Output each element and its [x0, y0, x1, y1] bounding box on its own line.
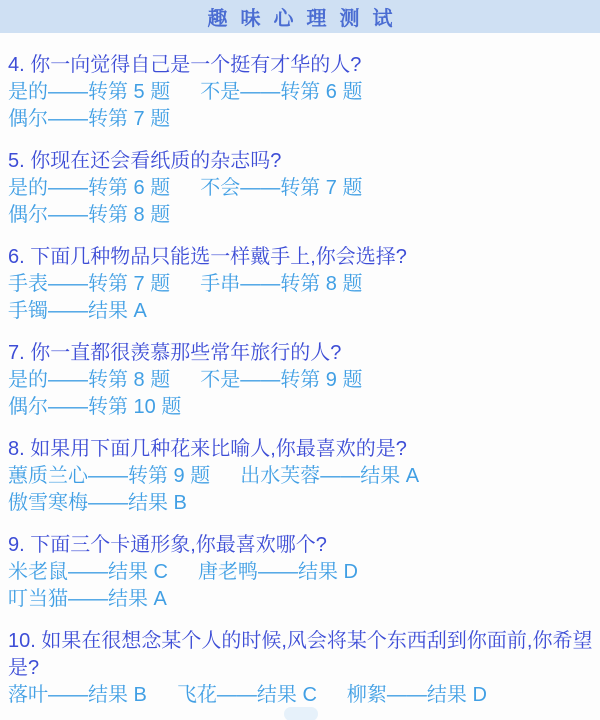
header-banner: 趣味心理测试 [0, 0, 600, 33]
question-text: 5. 你现在还会看纸质的杂志吗? [8, 148, 594, 175]
answer-lines: 是的——转第 8 题不是——转第 9 题偶尔——转第 10 题 [8, 367, 594, 421]
answer-option[interactable]: 出水芙蓉——结果 A [240, 463, 419, 490]
question-list: 4. 你一向觉得自己是一个挺有才华的人? 是的——转第 5 题不是——转第 6 … [0, 33, 600, 709]
answer-option[interactable]: 是的——转第 8 题 [8, 367, 170, 394]
answer-line: 偶尔——转第 8 题 [8, 202, 594, 229]
answer-line: 偶尔——转第 7 题 [8, 106, 594, 133]
answer-option[interactable]: 唐老鸭——结果 D [198, 559, 358, 586]
question-block: 10. 如果在很想念某个人的时候,风会将某个东西刮到你面前,你希望是? 落叶——… [8, 628, 594, 709]
answer-option[interactable]: 是的——转第 5 题 [8, 79, 170, 106]
answer-line: 傲雪寒梅——结果 B [8, 490, 594, 517]
question-text: 8. 如果用下面几种花来比喻人,你最喜欢的是? [8, 436, 594, 463]
question-text: 6. 下面几种物品只能选一样戴手上,你会选择? [8, 244, 594, 271]
answer-line: 落叶——结果 B飞花——结果 C柳絮——结果 D [8, 682, 594, 709]
answer-option[interactable]: 手串——转第 8 题 [200, 271, 362, 298]
page-title: 趣味心理测试 [195, 2, 406, 31]
question-block: 4. 你一向觉得自己是一个挺有才华的人? 是的——转第 5 题不是——转第 6 … [8, 52, 594, 133]
answer-option[interactable]: 手镯——结果 A [8, 298, 147, 325]
answer-option[interactable]: 不是——转第 6 题 [200, 79, 362, 106]
answer-option[interactable]: 是的——转第 6 题 [8, 175, 170, 202]
answer-line: 是的——转第 8 题不是——转第 9 题 [8, 367, 594, 394]
answer-line: 是的——转第 5 题不是——转第 6 题 [8, 79, 594, 106]
answer-lines: 是的——转第 6 题不会——转第 7 题偶尔——转第 8 题 [8, 175, 594, 229]
answer-lines: 落叶——结果 B飞花——结果 C柳絮——结果 D [8, 682, 594, 709]
answer-option[interactable]: 米老鼠——结果 C [8, 559, 168, 586]
answer-line: 蕙质兰心——转第 9 题出水芙蓉——结果 A [8, 463, 594, 490]
question-block: 8. 如果用下面几种花来比喻人,你最喜欢的是? 蕙质兰心——转第 9 题出水芙蓉… [8, 436, 594, 517]
answer-option[interactable]: 偶尔——转第 10 题 [8, 394, 181, 421]
question-block: 7. 你一直都很羡慕那些常年旅行的人? 是的——转第 8 题不是——转第 9 题… [8, 340, 594, 421]
answer-option[interactable]: 飞花——结果 C [177, 682, 317, 709]
partial-element-bottom [284, 707, 318, 720]
answer-lines: 米老鼠——结果 C唐老鸭——结果 D叮当猫——结果 A [8, 559, 594, 613]
answer-lines: 是的——转第 5 题不是——转第 6 题偶尔——转第 7 题 [8, 79, 594, 133]
question-text: 10. 如果在很想念某个人的时候,风会将某个东西刮到你面前,你希望是? [8, 628, 594, 682]
question-block: 9. 下面三个卡通形象,你最喜欢哪个? 米老鼠——结果 C唐老鸭——结果 D叮当… [8, 532, 594, 613]
answer-option[interactable]: 偶尔——转第 8 题 [8, 202, 170, 229]
answer-line: 手表——转第 7 题手串——转第 8 题 [8, 271, 594, 298]
question-text: 9. 下面三个卡通形象,你最喜欢哪个? [8, 532, 594, 559]
answer-option[interactable]: 不会——转第 7 题 [200, 175, 362, 202]
question-text: 7. 你一直都很羡慕那些常年旅行的人? [8, 340, 594, 367]
answer-option[interactable]: 偶尔——转第 7 题 [8, 106, 170, 133]
answer-line: 是的——转第 6 题不会——转第 7 题 [8, 175, 594, 202]
answer-line: 米老鼠——结果 C唐老鸭——结果 D [8, 559, 594, 586]
answer-option[interactable]: 手表——转第 7 题 [8, 271, 170, 298]
answer-option[interactable]: 柳絮——结果 D [347, 682, 487, 709]
answer-line: 手镯——结果 A [8, 298, 594, 325]
answer-option[interactable]: 蕙质兰心——转第 9 题 [8, 463, 210, 490]
answer-option[interactable]: 不是——转第 9 题 [200, 367, 362, 394]
answer-lines: 蕙质兰心——转第 9 题出水芙蓉——结果 A傲雪寒梅——结果 B [8, 463, 594, 517]
answer-option[interactable]: 落叶——结果 B [8, 682, 147, 709]
answer-option[interactable]: 傲雪寒梅——结果 B [8, 490, 187, 517]
answer-option[interactable]: 叮当猫——结果 A [8, 586, 167, 613]
question-block: 5. 你现在还会看纸质的杂志吗? 是的——转第 6 题不会——转第 7 题偶尔—… [8, 148, 594, 229]
answer-line: 叮当猫——结果 A [8, 586, 594, 613]
question-text: 4. 你一向觉得自己是一个挺有才华的人? [8, 52, 594, 79]
answer-line: 偶尔——转第 10 题 [8, 394, 594, 421]
answer-lines: 手表——转第 7 题手串——转第 8 题手镯——结果 A [8, 271, 594, 325]
question-block: 6. 下面几种物品只能选一样戴手上,你会选择? 手表——转第 7 题手串——转第… [8, 244, 594, 325]
